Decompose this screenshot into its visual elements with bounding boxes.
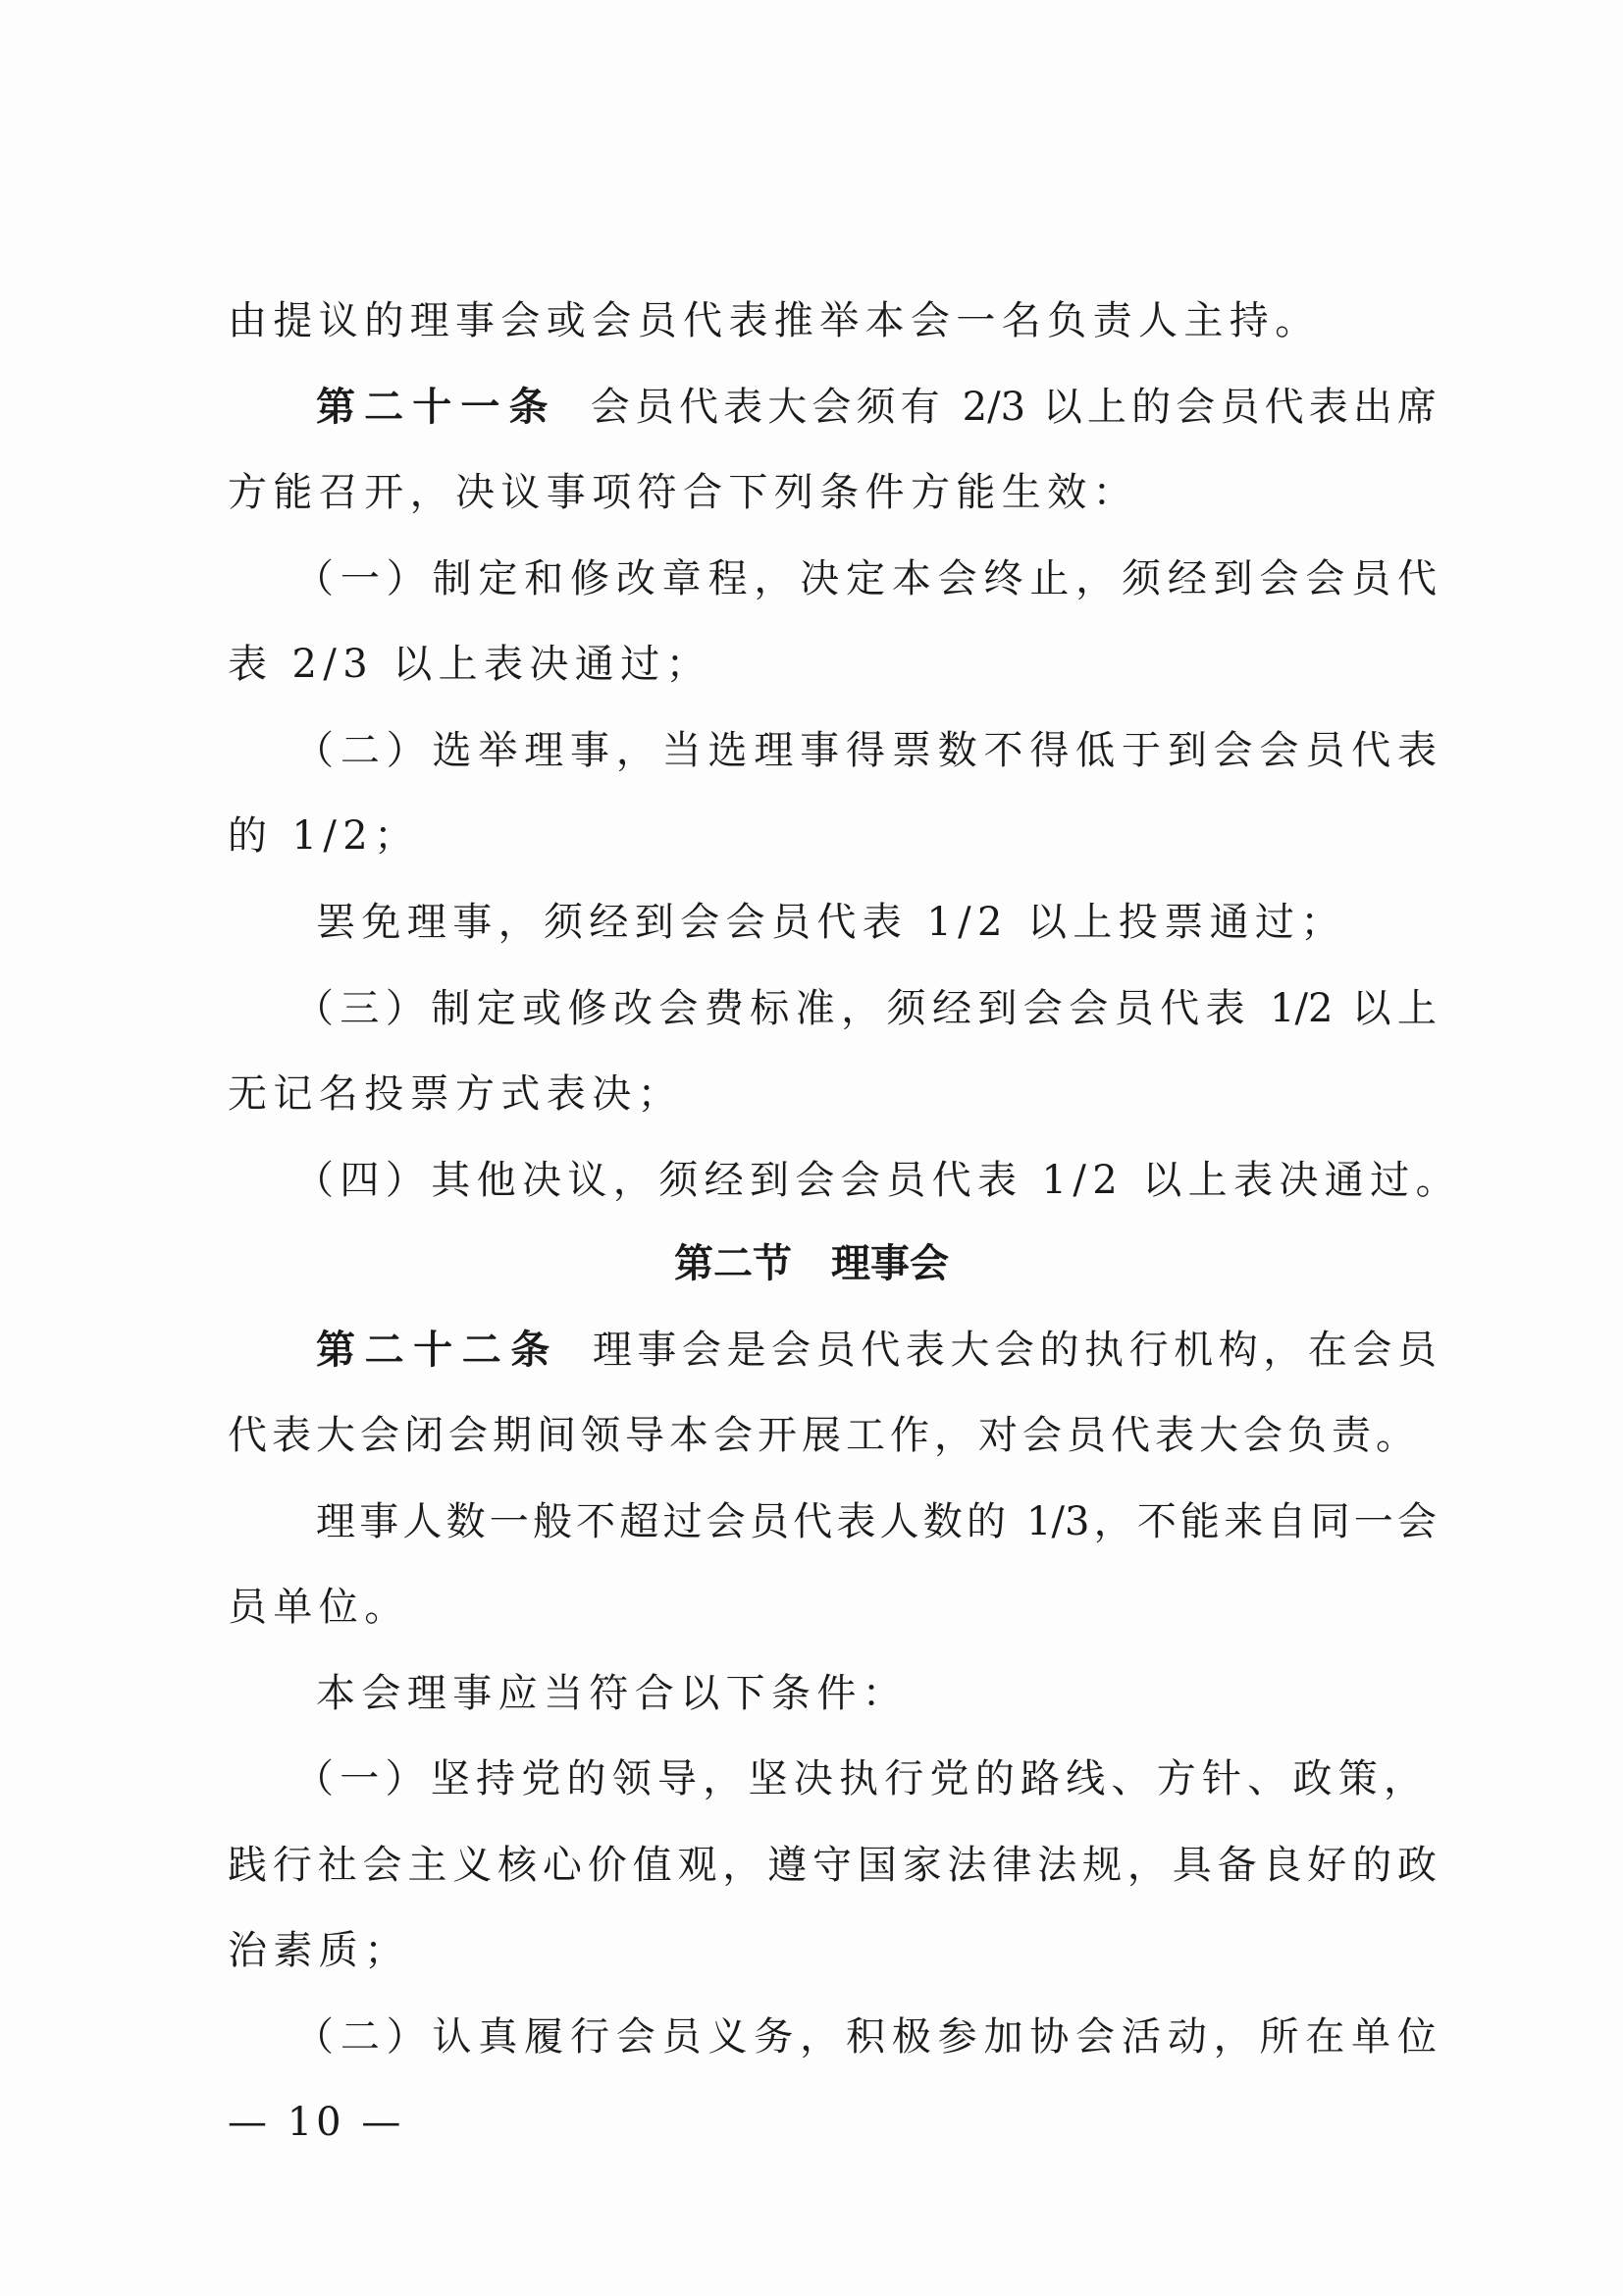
text-line: 罢免理事，须经到会会员代表 1/2 以上投票通过； <box>316 893 1437 952</box>
text-line: 理事人数一般不超过会员代表人数的 1/3，不能来自同一会 <box>316 1492 1437 1551</box>
text-line: 的 1/2； <box>228 807 1437 865</box>
text-line: 践行社会主义核心价值观，遵守国家法律法规，具备良好的政 <box>228 1836 1437 1895</box>
text-line: 无记名投票方式表决； <box>228 1065 1437 1123</box>
list-item-4: （四）其他决议，须经到会会员代表 1/2 以上表决通过。 <box>294 1151 1415 1210</box>
list-item-3: （三）制定或修改会费标准，须经到会会员代表 1/2 以上 <box>294 979 1437 1038</box>
section-title: 理事会 <box>831 1241 949 1286</box>
article-22-text: 理事会是会员代表大会的执行机构，在会员 <box>593 1328 1437 1373</box>
document-page: 由提议的理事会或会员代表推举本会一名负责人主持。 第二十一条会员代表大会须有 2… <box>0 0 1623 2296</box>
text-line: 本会理事应当符合以下条件： <box>316 1664 1437 1723</box>
text-line: 员单位。 <box>228 1578 1437 1637</box>
text-line: 由提议的理事会或会员代表推举本会一名负责人主持。 <box>228 291 1437 350</box>
text-line: 代表大会闭会期间领导本会开展工作，对会员代表大会负责。 <box>228 1406 1415 1465</box>
article-21-text: 会员代表大会须有 2/3 以上的会员代表出席 <box>591 385 1437 430</box>
article-22-paragraph: 第二十二条理事会是会员代表大会的执行机构，在会员 <box>316 1321 1437 1380</box>
article-22-label: 第二十二条 <box>316 1328 559 1373</box>
text-line: 治素质； <box>228 1921 1437 1980</box>
condition-item-2: （二）认真履行会员义务，积极参加协会活动，所在单位 <box>294 2008 1437 2066</box>
article-21-paragraph: 第二十一条会员代表大会须有 2/3 以上的会员代表出席 <box>316 378 1437 437</box>
text-line: 方能召开，决议事项符合下列条件方能生效： <box>228 463 1437 522</box>
section-number: 第二节 <box>674 1241 792 1286</box>
page-number: — 10 — <box>228 2093 404 2152</box>
list-item-2: （二）选举理事，当选理事得票数不得低于到会会员代表 <box>294 721 1437 780</box>
article-21-label: 第二十一条 <box>316 385 557 430</box>
condition-item-1: （一）坚持党的领导，坚决执行党的路线、方针、政策， <box>294 1749 1423 1808</box>
list-item-1: （一）制定和修改章程，决定本会终止，须经到会会员代 <box>294 549 1437 608</box>
text-line: 表 2/3 以上表决通过； <box>228 635 1437 694</box>
section-heading: 第二节理事会 <box>0 1234 1623 1293</box>
